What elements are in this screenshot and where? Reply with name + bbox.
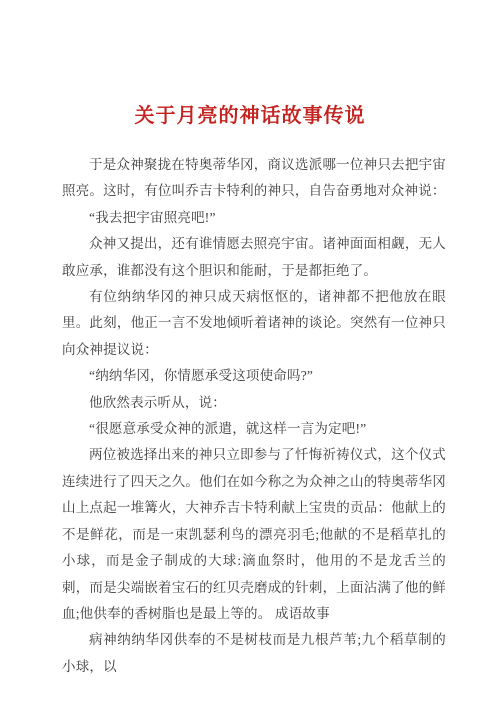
document-page: 关于月亮的神话故事传说 于是众神聚拢在特奥蒂华冈，商议选派哪一位神只去把宇宙照亮…	[0, 0, 500, 707]
document-title: 关于月亮的神话故事传说	[0, 0, 500, 128]
paragraph: “很愿意承受众神的派遣，就这样一言为定吧!”	[62, 416, 446, 442]
paragraph: “我去把宇宙照亮吧!”	[62, 205, 446, 231]
paragraph: “纳纳华冈，你情愿承受这项使命吗?”	[62, 363, 446, 389]
paragraph: 于是众神聚拢在特奥蒂华冈，商议选派哪一位神只去把宇宙照亮。这时，有位叫乔吉卡特利…	[62, 152, 446, 205]
paragraph: 众神又提出，还有谁情愿去照亮宇宙。诸神面面相觑，无人敢应承，谁都没有这个胆识和能…	[62, 231, 446, 284]
paragraph: 病神纳纳华冈供奉的不是树枝而是九根芦苇;九个稻草制的小球，以	[62, 627, 446, 680]
paragraph: 有位纳纳华冈的神只成天病怄怄的，诸神都不把他放在眼里。此刻，他正一言不发地倾听着…	[62, 284, 446, 363]
paragraph: 两位被选择出来的神只立即参与了忏悔祈祷仪式，这个仪式连续进行了四天之久。他们在如…	[62, 442, 446, 627]
paragraph: 他欣然表示听从，说：	[62, 390, 446, 416]
document-body: 于是众神聚拢在特奥蒂华冈，商议选派哪一位神只去把宇宙照亮。这时，有位叫乔吉卡特利…	[62, 152, 446, 680]
